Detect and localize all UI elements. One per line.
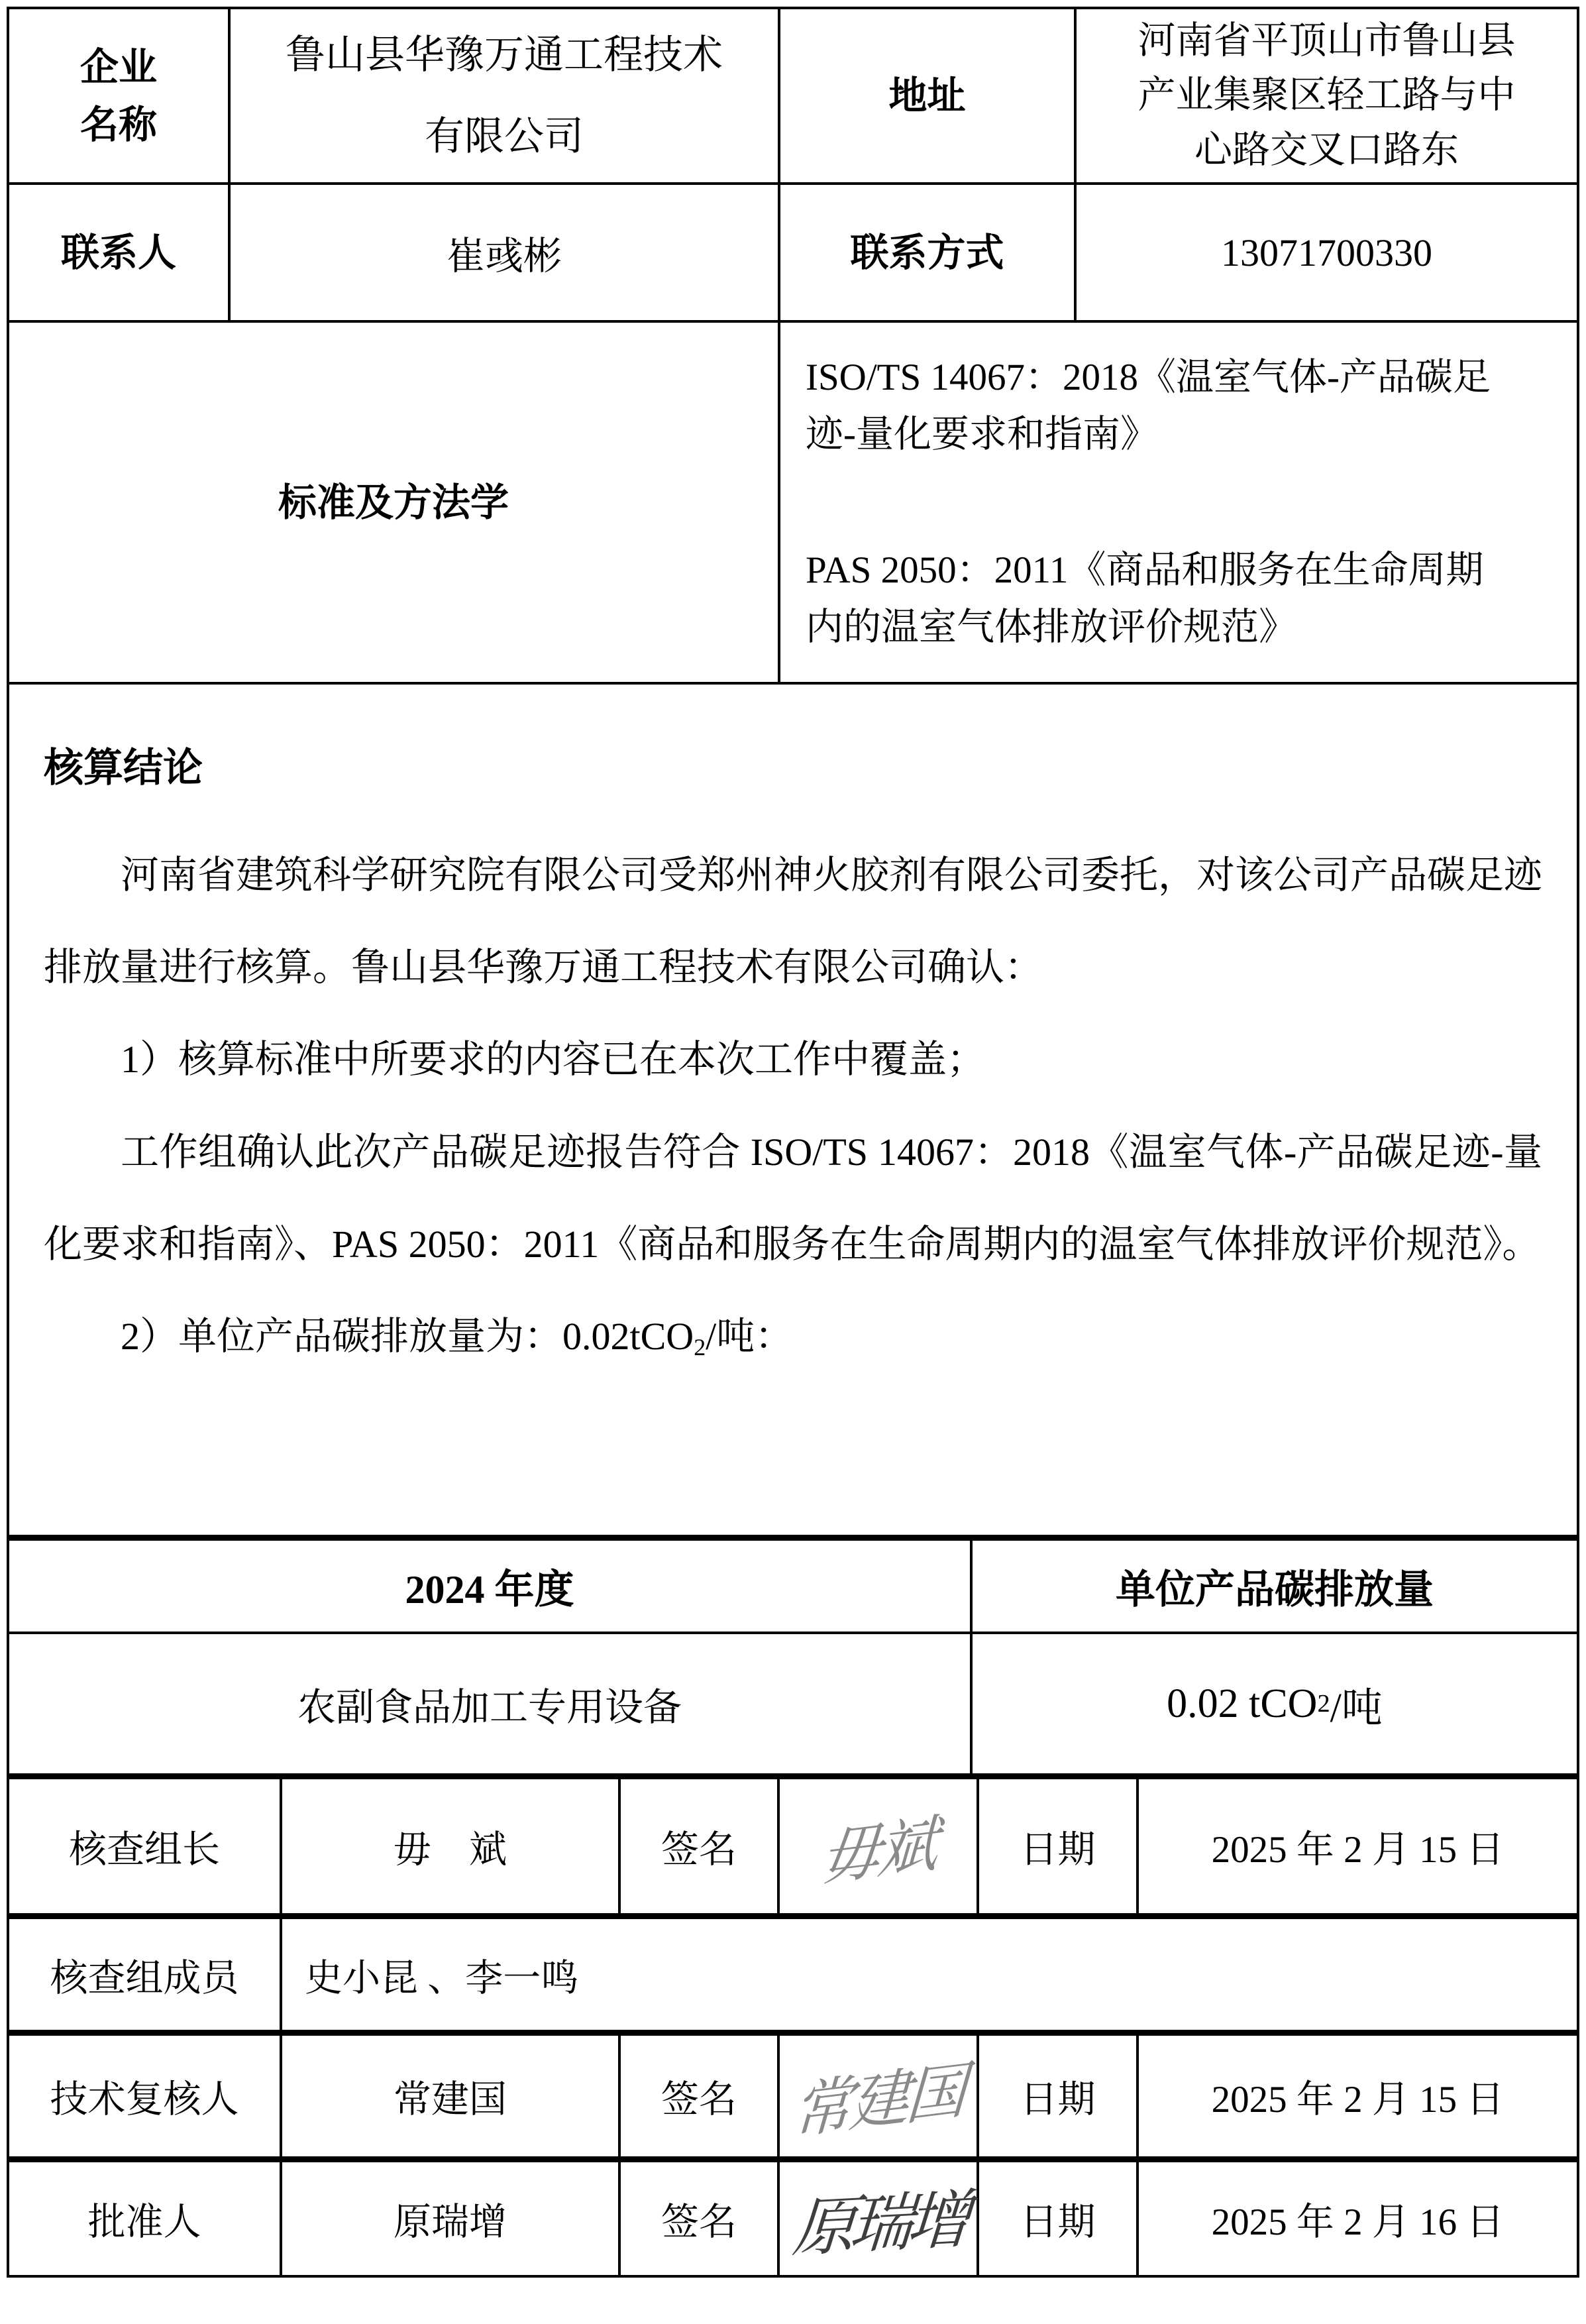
emission-value-prefix: 0.02 tCO	[1167, 1681, 1317, 1728]
document-page: 企业 名称 鲁山县华豫万通工程技术有限公司 地址 河南省平顶山市鲁山县产业集聚区…	[0, 0, 1586, 2324]
emission-value: 0.02 tCO2/吨	[970, 1634, 1577, 1773]
standards-list: ISO/TS 14067：2018《温室气体-产品碳足迹-量化要求和指南》 PA…	[806, 349, 1518, 655]
company-name-text: 鲁山县华豫万通工程技术有限公司	[276, 15, 733, 178]
technical-reviewer-row: 技术复核人 常建国 签名 常建国 日期 2025 年 2 月 15 日	[9, 2030, 1577, 2156]
emission-value-subscript: 2	[1317, 1689, 1330, 1718]
enterprise-row: 企业 名称 鲁山县华豫万通工程技术有限公司 地址 河南省平顶山市鲁山县产业集聚区…	[9, 9, 1577, 182]
standards-row: 标准及方法学 ISO/TS 14067：2018《温室气体-产品碳足迹-量化要求…	[9, 320, 1577, 682]
emission-header: 单位产品碳排放量	[970, 1541, 1577, 1632]
result-product-row: 农副食品加工专用设备 0.02 tCO2/吨	[9, 1632, 1577, 1773]
verifier-leader-sign-label: 签名	[618, 1779, 777, 1913]
handwritten-signature: 常建国	[791, 2041, 965, 2150]
approver-name: 原瑞增	[280, 2162, 618, 2275]
enterprise-name-label: 企业 名称	[9, 9, 228, 182]
technical-reviewer-date: 2025 年 2 月 15 日	[1136, 2036, 1577, 2156]
verifier-leader-date-label: 日期	[977, 1779, 1136, 1913]
address-value: 河南省平顶山市鲁山县产业集聚区轻工路与中心路交叉口路东	[1074, 9, 1577, 182]
technical-reviewer-sign-label: 签名	[618, 2036, 777, 2156]
enterprise-name-value: 鲁山县华豫万通工程技术有限公司	[228, 9, 778, 182]
emission-line-subscript: 2	[694, 1334, 706, 1360]
team-members-value: 史小昆 、李一鸣	[280, 1919, 1577, 2030]
conclusion-item-1: 1）核算标准中所要求的内容已在本次工作中覆盖；	[44, 1013, 1542, 1105]
approver-row: 批准人 原瑞增 签名 原瑞增 日期 2025 年 2 月 16 日	[9, 2156, 1577, 2275]
contact-value: 崔彧彬	[228, 185, 778, 320]
standard-item-pas: PAS 2050：2011《商品和服务在生命周期内的温室气体排放评价规范》	[806, 542, 1518, 655]
verifier-leader-date: 2025 年 2 月 15 日	[1136, 1779, 1577, 1913]
emission-line-suffix: /吨：	[706, 1315, 793, 1358]
team-members-row: 核查组成员 史小昆 、李一鸣	[9, 1913, 1577, 2030]
approver-date-label: 日期	[977, 2162, 1136, 2275]
approver-sign-label: 签名	[618, 2162, 777, 2275]
conclusion-paragraph-2: 工作组确认此次产品碳足迹报告符合 ISO/TS 14067：2018《温室气体-…	[44, 1106, 1542, 1290]
standards-label: 标准及方法学	[9, 323, 778, 682]
phone-label: 联系方式	[778, 185, 1074, 320]
emission-value-suffix: /吨	[1330, 1675, 1383, 1734]
conclusion-paragraph-1: 河南省建筑科学研究院有限公司受郑州神火胶剂有限公司委托，对该公司产品碳足迹排放量…	[44, 829, 1542, 1013]
technical-reviewer-signature: 常建国	[777, 2036, 977, 2156]
verifier-leader-signature: 毋斌	[777, 1779, 977, 1913]
verifier-leader-row: 核查组长 毋 斌 签名 毋斌 日期 2025 年 2 月 15 日	[9, 1773, 1577, 1913]
technical-reviewer-date-label: 日期	[977, 2036, 1136, 2156]
verification-summary-table: 企业 名称 鲁山县华豫万通工程技术有限公司 地址 河南省平顶山市鲁山县产业集聚区…	[7, 7, 1579, 2278]
team-members-label: 核查组成员	[9, 1919, 280, 2030]
contact-label: 联系人	[9, 185, 228, 320]
standards-value: ISO/TS 14067：2018《温室气体-产品碳足迹-量化要求和指南》 PA…	[778, 323, 1577, 682]
handwritten-signature: 毋斌	[819, 1795, 937, 1898]
technical-reviewer-name: 常建国	[280, 2036, 618, 2156]
verifier-leader-role: 核查组长	[9, 1779, 280, 1913]
address-label: 地址	[778, 9, 1074, 182]
result-header-row: 2024 年度 单位产品碳排放量	[9, 1535, 1577, 1632]
conclusion-row: 核算结论 河南省建筑科学研究院有限公司受郑州神火胶剂有限公司委托，对该公司产品碳…	[9, 682, 1577, 1535]
conclusion-cell: 核算结论 河南省建筑科学研究院有限公司受郑州神火胶剂有限公司委托，对该公司产品碳…	[9, 685, 1577, 1535]
emission-line-prefix: 2）单位产品碳排放量为：0.02tCO	[121, 1315, 694, 1358]
year-header: 2024 年度	[9, 1541, 970, 1632]
phone-value: 13071700330	[1074, 185, 1577, 320]
product-name: 农副食品加工专用设备	[9, 1634, 970, 1773]
conclusion-item-2: 2）单位产品碳排放量为：0.02tCO2/吨：	[44, 1290, 1542, 1382]
approver-signature: 原瑞增	[777, 2162, 977, 2275]
handwritten-signature: 原瑞增	[790, 2168, 967, 2268]
standard-item-iso: ISO/TS 14067：2018《温室气体-产品碳足迹-量化要求和指南》	[806, 349, 1518, 463]
address-text: 河南省平顶山市鲁山县产业集聚区轻工路与中心路交叉口路东	[1128, 14, 1526, 178]
contact-row: 联系人 崔彧彬 联系方式 13071700330	[9, 182, 1577, 320]
approver-role: 批准人	[9, 2162, 280, 2275]
conclusion-heading: 核算结论	[44, 736, 1542, 793]
approver-date: 2025 年 2 月 16 日	[1136, 2162, 1577, 2275]
verifier-leader-name: 毋 斌	[280, 1779, 618, 1913]
technical-reviewer-role: 技术复核人	[9, 2036, 280, 2156]
